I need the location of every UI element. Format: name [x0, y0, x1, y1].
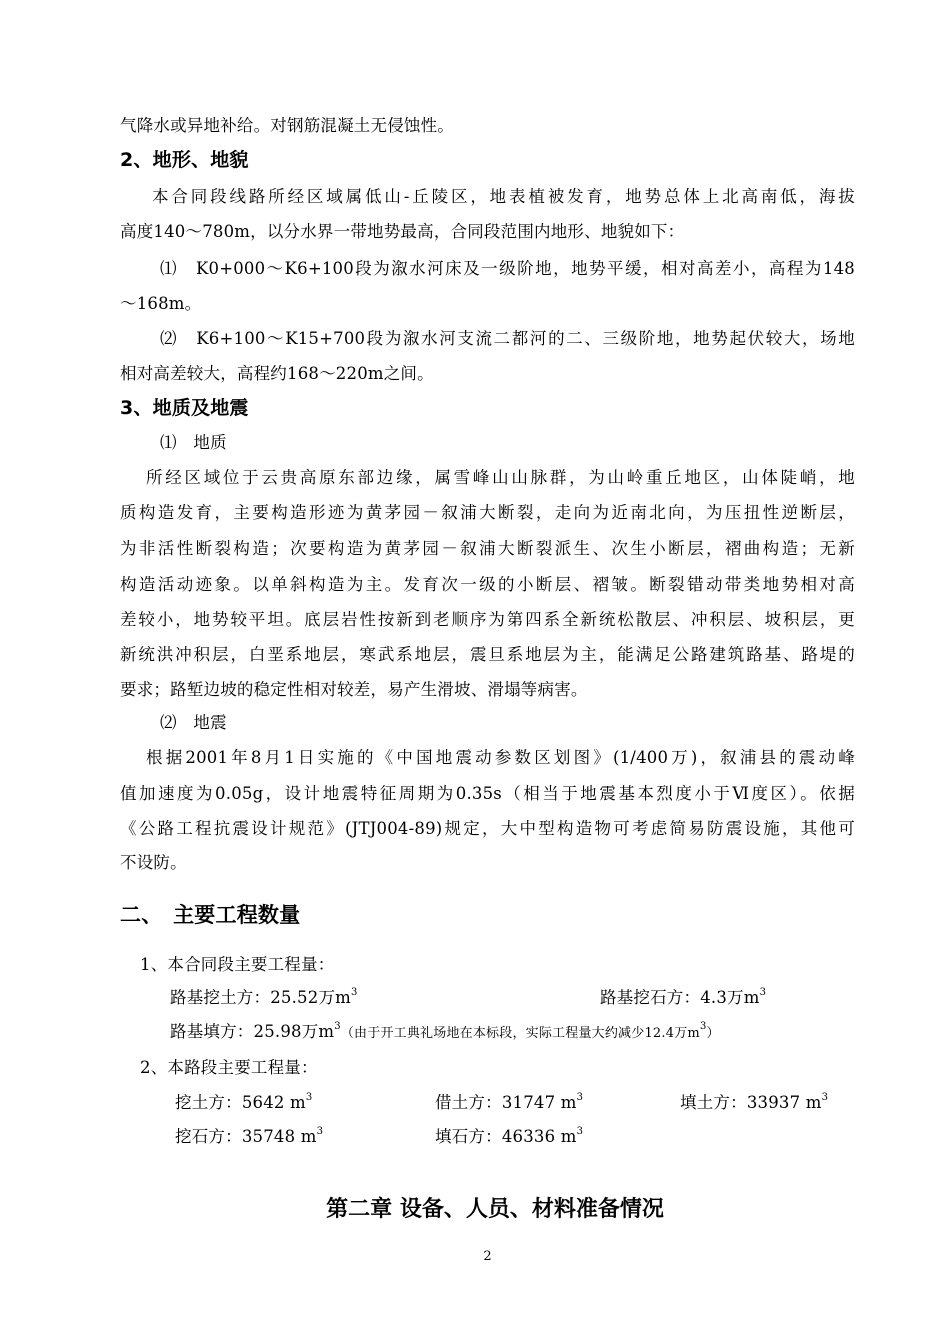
paragraph-line: 本合同段线路所经区域属低山-丘陵区，地表植被发育，地势总体上北高南低，海拔 — [152, 187, 855, 207]
quantity-item: 挖石方：35748 m3 — [175, 1127, 323, 1147]
quantity-value: 35748 m — [242, 1127, 317, 1146]
unit-superscript: 3 — [577, 1092, 584, 1103]
quantity-item: 借土方：31747 m3 — [435, 1093, 583, 1113]
paragraph-line: 质构造发育，主要构造形迹为黄茅园－叙浦大断裂，走向为近南北向，为压扭性逆断层， — [120, 503, 855, 523]
list-item-terrain-2: ⑵ K6+100～K15+700段为溆水河支流二都河的二、三级阶地，地势起伏较大… — [160, 329, 855, 349]
quantity-item: 挖土方：5642 m3 — [175, 1093, 312, 1113]
paragraph-line: 根据2001年8月1日实施的《中国地震动参数区划图》(1/400万)，叙浦县的震… — [146, 748, 855, 768]
unit-superscript: 3 — [317, 1126, 324, 1137]
unit-superscript: 3 — [577, 1126, 584, 1137]
quantity-value: 33937 m — [747, 1093, 822, 1112]
quantity-label: 路基填方： — [170, 1022, 254, 1041]
quantities-contract-title: 1、本合同段主要工程量： — [140, 955, 334, 975]
list-item-terrain-1-cont: ～168m。 — [120, 294, 201, 314]
paragraph-line: 为非活性断裂构造；次要构造为黄茅园－叙浦大断裂派生、次生小断层，褶曲构造；无新 — [120, 539, 855, 559]
unit-superscript: 3 — [351, 987, 358, 998]
page-number: 2 — [0, 1249, 950, 1264]
list-item-terrain-1: ⑴ K0+000～K6+100段为溆水河床及一级阶地，地势平缓，相对高差小，高程… — [160, 259, 855, 279]
quantity-label: 路基挖石方： — [600, 988, 700, 1007]
unit-superscript: 3 — [822, 1092, 829, 1103]
fill-note: （由于开工典礼场地在本标段，实际工程量大约减少12.4万m — [341, 1026, 700, 1041]
quantity-label: 填石方： — [435, 1127, 502, 1146]
paragraph-line: 不设防。 — [120, 853, 187, 873]
quantity-value: 46336 m — [502, 1127, 577, 1146]
paragraph-line: 新统洪冲积层，白垩系地层，寒武系地层，震旦系地层为主，能满足公路建筑路基、路堤的 — [120, 645, 855, 665]
paragraph-line: 《公路工程抗震设计规范》(JTJ004-89)规定，大中型构造物可考虑简易防震设… — [120, 819, 855, 839]
quantity-fill: 路基填方：25.98万m3（由于开工典礼场地在本标段，实际工程量大约减少12.4… — [170, 1022, 720, 1044]
quantity-value: 31747 m — [502, 1093, 577, 1112]
paragraph-line: 差较小，地势较平坦。底层岩性按新到老顺序为第四系全新统松散层、冲积层、坡积层，更 — [120, 610, 855, 630]
document-page: 气降水或异地补给。对钢筋混凝土无侵蚀性。 2、地形、地貌 本合同段线路所经区域属… — [0, 0, 950, 1344]
paragraph-line: 高度140～780m，以分水界一带地势最高，合同段范围内地形、地貌如下： — [120, 222, 684, 242]
paragraph-line: 要求；路堑边坡的稳定性相对较差，易产生滑坡、滑塌等病害。 — [120, 680, 588, 700]
quantity-value: 5642 m — [242, 1093, 306, 1112]
subheading-earthquake: ⑵ 地震 — [160, 713, 227, 733]
quantity-value: 4.3万m — [700, 988, 759, 1007]
unit-superscript: 3 — [306, 1092, 313, 1103]
quantity-label: 借土方： — [435, 1093, 502, 1112]
section-heading-quantities: 二、 主要工程数量 — [120, 905, 300, 925]
continuation-text: 气降水或异地补给。对钢筋混凝土无侵蚀性。 — [120, 116, 454, 136]
quantities-road-title: 2、本路段主要工程量： — [140, 1058, 318, 1078]
quantity-label: 挖石方： — [175, 1127, 242, 1146]
quantity-excavation-soil: 路基挖土方：25.52万m3 — [170, 988, 358, 1008]
paragraph-line: 值加速度为0.05g，设计地震特征周期为0.35s（相当于地震基本烈度小于Ⅵ度区… — [120, 784, 855, 804]
quantity-item: 填土方：33937 m3 — [680, 1093, 828, 1113]
quantity-excavation-rock: 路基挖石方：4.3万m3 — [600, 988, 766, 1008]
quantity-item: 填石方：46336 m3 — [435, 1127, 583, 1147]
quantity-label: 挖土方： — [175, 1093, 242, 1112]
unit-superscript: 3 — [760, 987, 767, 998]
quantity-value: 25.52万m — [270, 988, 351, 1007]
fill-note-end: ） — [707, 1026, 720, 1041]
list-item-terrain-2-cont: 相对高差较大，高程约168～220m之间。 — [120, 364, 434, 384]
quantity-value: 25.98万m — [254, 1022, 335, 1041]
paragraph-line: 所经区域位于云贵高原东部边缘，属雪峰山山脉群，为山岭重丘地区，山体陡峭，地 — [146, 468, 855, 488]
paragraph-line: 构造活动迹象。以单斜构造为主。发育次一级的小断层、褶皱。断裂错动带类地势相对高 — [120, 575, 855, 595]
chapter-title: 第二章 设备、人员、材料准备情况 — [0, 1192, 950, 1223]
quantity-label: 路基挖土方： — [170, 988, 270, 1007]
subheading-geology: ⑴ 地质 — [160, 433, 227, 453]
section-heading-terrain: 2、地形、地貌 — [120, 150, 249, 170]
quantity-label: 填土方： — [680, 1093, 747, 1112]
section-heading-geology: 3、地质及地震 — [120, 398, 249, 418]
